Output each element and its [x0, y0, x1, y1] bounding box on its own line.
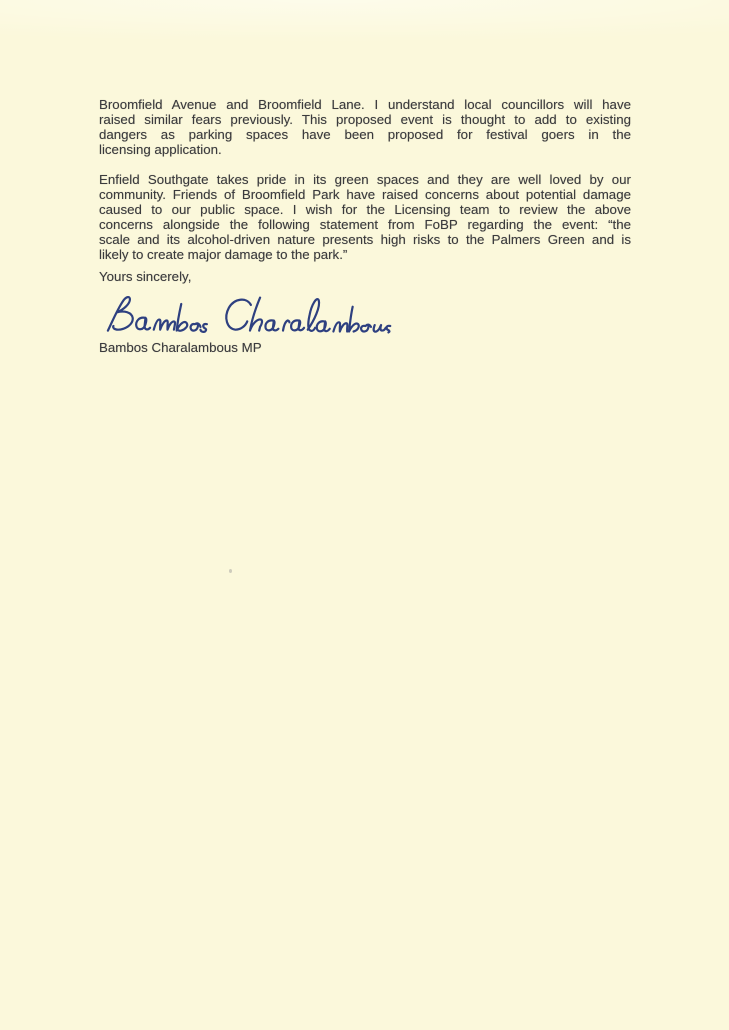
letter-line: community. Friends of Broomfield Park ha…: [99, 187, 631, 202]
letter-page: Broomfield Avenue and Broomfield Lane. I…: [0, 0, 729, 1030]
letter-line: raised similar fears previously. This pr…: [99, 112, 631, 127]
letter-paragraph-2: Enfield Southgate takes pride in its gre…: [99, 172, 631, 262]
letter-line: licensing application.: [99, 142, 631, 157]
letter-line: Broomfield Avenue and Broomfield Lane. I…: [99, 97, 631, 112]
letter-line: concerns alongside the following stateme…: [99, 217, 631, 232]
letter-line: Enfield Southgate takes pride in its gre…: [99, 172, 631, 187]
signer-name: Bambos Charalambous MP: [99, 340, 631, 355]
signature-ink-icon: [99, 293, 401, 337]
letter-line: likely to create major damage to the par…: [99, 247, 631, 262]
letter-paragraph-1: Broomfield Avenue and Broomfield Lane. I…: [99, 97, 631, 157]
letter-line: scale and its alcohol-driven nature pres…: [99, 232, 631, 247]
closing-salutation: Yours sincerely,: [99, 269, 631, 284]
letter-line: caused to our public space. I wish for t…: [99, 202, 631, 217]
handwritten-signature: [99, 293, 631, 337]
letter-body: Broomfield Avenue and Broomfield Lane. I…: [99, 97, 631, 355]
scan-artifact-dot: [229, 569, 232, 573]
letter-line: dangers as parking spaces have been prop…: [99, 127, 631, 142]
